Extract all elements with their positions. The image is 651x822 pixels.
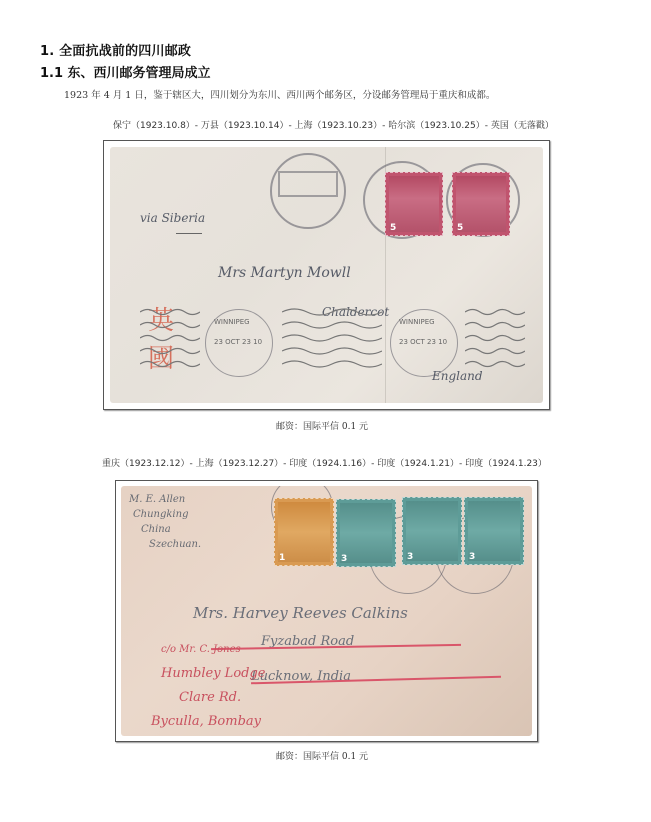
intro-paragraph: 1923 年 4 月 1 日，鉴于辖区大，四川划分为东川、西川两个邮务区，分设邮… — [64, 87, 495, 101]
redirect-line-1: c/o Mr. C. Jones — [161, 644, 241, 655]
cover-1-caption: 邮资：国际平信 0.1 元 — [276, 419, 368, 432]
section-heading: 1. 全面抗战前的四川邮政 — [40, 40, 191, 59]
cover-2-route: 重庆（1923.12.12）- 上海（1923.12.27）- 印度（1924.… — [102, 456, 547, 469]
addressee: Mrs Martyn Mowll — [218, 265, 351, 281]
stamp-2-icon: 3 — [336, 499, 396, 567]
redirect-line-2: Humbley Lodge — [161, 666, 265, 681]
stamp-4-icon: 3 — [464, 497, 524, 565]
redirect-line-3: Clare Rd. — [179, 690, 241, 705]
sender-address: M. E. Allen Chungking China Szechuan. — [129, 492, 201, 552]
cover-1-route: 保宁（1923.10.8）- 万县（1923.10.14）- 上海（1923.1… — [113, 118, 554, 131]
wavy-cancel-icon — [465, 307, 525, 377]
winnipeg-postmark-icon: WINNIPEG 23 OCT 23 10 — [205, 309, 273, 377]
stamp-2-icon: 5 — [452, 172, 510, 236]
cover-2-image: 1 3 3 3 M. E. Allen Chungking China Szec… — [115, 480, 538, 742]
postmark-icon — [270, 153, 346, 229]
stamp-1-icon: 5 — [385, 172, 443, 236]
wavy-cancel-icon — [140, 307, 200, 377]
stamp-3-icon: 3 — [402, 497, 462, 565]
subsection-heading: 1.1 东、西川邮务管理局成立 — [40, 62, 211, 81]
cover-2-caption: 邮资：国际平信 0.1 元 — [276, 749, 368, 762]
envelope-1: 5 5 via Siberia Mrs Martyn Mowll Chalder… — [110, 147, 543, 403]
redirect-line-4: Byculla, Bombay — [151, 714, 261, 729]
via-note: via Siberia — [140, 211, 205, 225]
wavy-cancel-icon — [282, 307, 382, 377]
addressee: Mrs. Harvey Reeves Calkins — [193, 604, 408, 622]
winnipeg-postmark-icon: WINNIPEG 23 OCT 23 10 — [390, 309, 458, 377]
stamp-1-icon: 1 — [274, 498, 334, 566]
envelope-2: 1 3 3 3 M. E. Allen Chungking China Szec… — [121, 486, 532, 736]
cover-1-image: 5 5 via Siberia Mrs Martyn Mowll Chalder… — [103, 140, 550, 410]
